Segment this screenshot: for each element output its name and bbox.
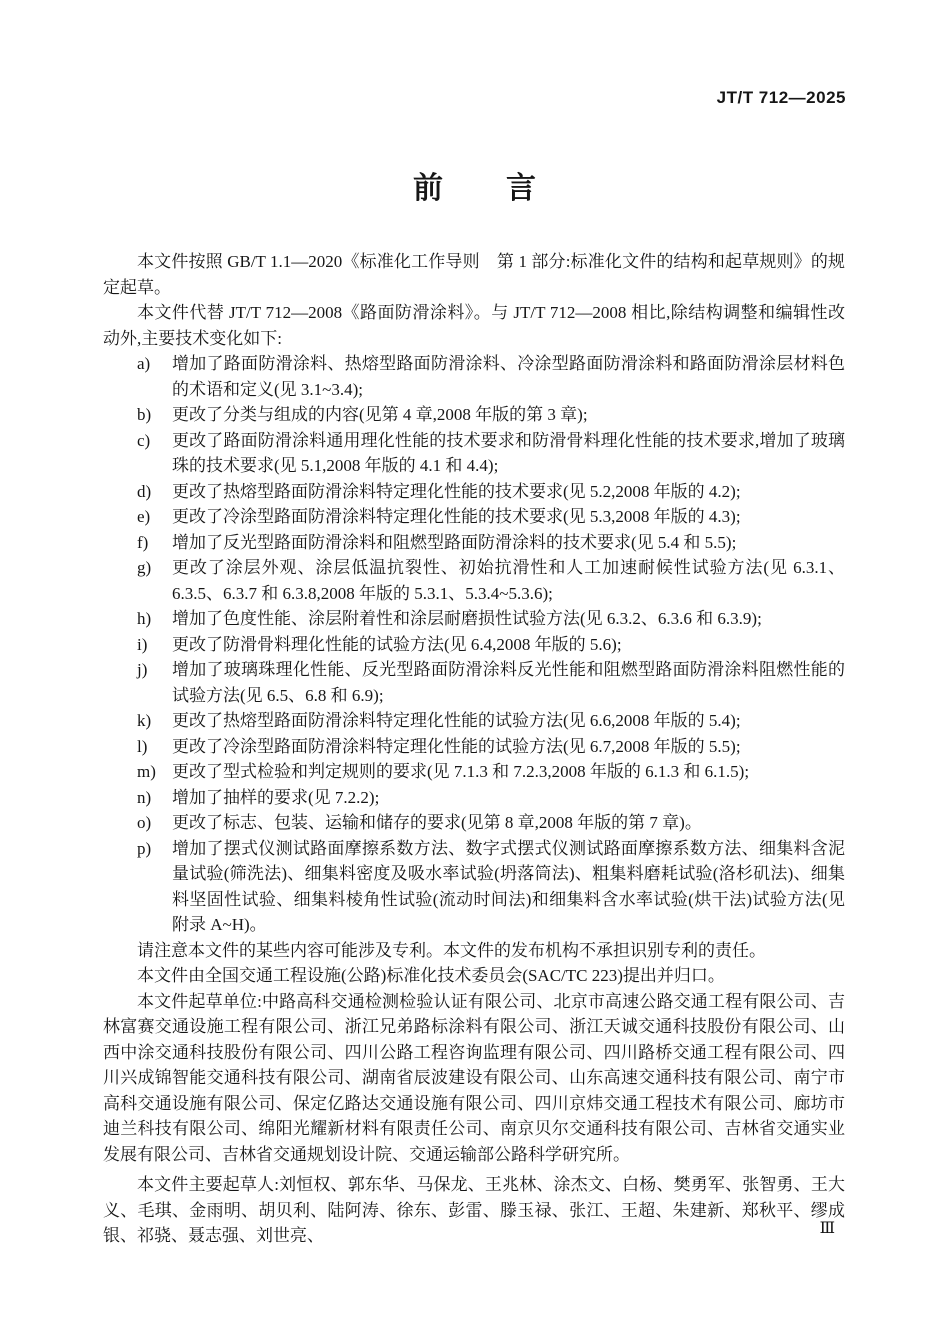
item-text: 更改了热熔型路面防滑涂料特定理化性能的技术要求(见 5.2,2008 年版的 4… [172,482,741,501]
item-label: i) [137,632,147,658]
item-text: 更改了冷涂型路面防滑涂料特定理化性能的技术要求(见 5.3,2008 年版的 4… [172,507,741,526]
change-item-b: b) 更改了分类与组成的内容(见第 4 章,2008 年版的第 3 章); [103,402,845,428]
drafting-organizations-paragraph: 本文件起草单位:中路高科交通检测检验认证有限公司、北京市高速公路交通工程有限公司… [103,989,845,1168]
item-label: h) [137,606,151,632]
change-item-g: g) 更改了涂层外观、涂层低温抗裂性、初始抗滑性和人工加速耐候性试验方法(见 6… [103,555,845,606]
change-item-c: c) 更改了路面防滑涂料通用理化性能的技术要求和防滑骨料理化性能的技术要求,增加… [103,428,845,479]
item-label: p) [137,836,151,862]
item-text: 更改了冷涂型路面防滑涂料特定理化性能的试验方法(见 6.7,2008 年版的 5… [172,737,741,756]
item-label: a) [137,351,150,377]
item-text: 更改了型式检验和判定规则的要求(见 7.1.3 和 7.2.3,2008 年版的… [172,762,749,781]
item-text: 增加了色度性能、涂层附着性和涂层耐磨损性试验方法(见 6.3.2、6.3.6 和… [172,609,762,628]
document-page: JT/T 712—2025 前 言 本文件按照 GB/T 1.1—2020《标准… [0,0,950,1344]
change-item-m: m) 更改了型式检验和判定规则的要求(见 7.1.3 和 7.2.3,2008 … [103,759,845,785]
change-item-j: j) 增加了玻璃珠理化性能、反光型路面防滑涂料反光性能和阻燃型路面防滑涂料阻燃性… [103,657,845,708]
change-item-f: f) 增加了反光型路面防滑涂料和阻燃型路面防滑涂料的技术要求(见 5.4 和 5… [103,530,845,556]
standard-number: JT/T 712—2025 [717,88,846,108]
drafters-paragraph: 本文件主要起草人:刘恒权、郭东华、马保龙、王兆林、涂杰文、白杨、樊勇军、张智勇、… [103,1172,845,1249]
change-item-e: e) 更改了冷涂型路面防滑涂料特定理化性能的技术要求(见 5.3,2008 年版… [103,504,845,530]
foreword-body: 本文件按照 GB/T 1.1—2020《标准化工作导则 第 1 部分:标准化文件… [103,249,845,1249]
item-text: 增加了抽样的要求(见 7.2.2); [172,788,379,807]
change-item-l: l) 更改了冷涂型路面防滑涂料特定理化性能的试验方法(见 6.7,2008 年版… [103,734,845,760]
item-text: 增加了玻璃珠理化性能、反光型路面防滑涂料反光性能和阻燃型路面防滑涂料阻燃性能的试… [172,660,845,705]
item-text: 增加了反光型路面防滑涂料和阻燃型路面防滑涂料的技术要求(见 5.4 和 5.5)… [172,533,736,552]
change-item-n: n) 增加了抽样的要求(见 7.2.2); [103,785,845,811]
intro-paragraph: 本文件代替 JT/T 712—2008《路面防滑涂料》。与 JT/T 712—2… [103,300,845,351]
change-item-k: k) 更改了热熔型路面防滑涂料特定理化性能的试验方法(见 6.6,2008 年版… [103,708,845,734]
change-item-o: o) 更改了标志、包装、运输和储存的要求(见第 8 章,2008 年版的第 7 … [103,810,845,836]
change-item-p: p) 增加了摆式仪测试路面摩擦系数方法、数字式摆式仪测试路面摩擦系数方法、细集料… [103,836,845,938]
committee-paragraph: 本文件由全国交通工程设施(公路)标准化技术委员会(SAC/TC 223)提出并归… [103,963,845,989]
item-label: k) [137,708,151,734]
item-text: 更改了防滑骨料理化性能的试验方法(见 6.4,2008 年版的 5.6); [172,635,622,654]
item-label: o) [137,810,151,836]
item-text: 更改了标志、包装、运输和储存的要求(见第 8 章,2008 年版的第 7 章)。 [172,813,702,832]
item-label: e) [137,504,150,530]
item-label: g) [137,555,151,581]
item-label: n) [137,785,151,811]
change-item-d: d) 更改了热熔型路面防滑涂料特定理化性能的技术要求(见 5.2,2008 年版… [103,479,845,505]
item-text: 增加了摆式仪测试路面摩擦系数方法、数字式摆式仪测试路面摩擦系数方法、细集料含泥量… [172,839,845,935]
item-text: 增加了路面防滑涂料、热熔型路面防滑涂料、冷涂型路面防滑涂料和路面防滑涂层材料色的… [172,354,845,399]
item-label: f) [137,530,148,556]
item-label: l) [137,734,147,760]
page-number: Ⅲ [820,1218,835,1238]
item-label: d) [137,479,151,505]
item-text: 更改了路面防滑涂料通用理化性能的技术要求和防滑骨料理化性能的技术要求,增加了玻璃… [172,431,845,476]
item-label: j) [137,657,147,683]
item-label: m) [137,759,156,785]
item-text: 更改了涂层外观、涂层低温抗裂性、初始抗滑性和人工加速耐候性试验方法(见 6.3.… [172,558,845,603]
item-label: c) [137,428,150,454]
patent-notice-paragraph: 请注意本文件的某些内容可能涉及专利。本文件的发布机构不承担识别专利的责任。 [103,938,845,964]
change-item-i: i) 更改了防滑骨料理化性能的试验方法(见 6.4,2008 年版的 5.6); [103,632,845,658]
page-title: 前 言 [0,163,950,207]
change-item-h: h) 增加了色度性能、涂层附着性和涂层耐磨损性试验方法(见 6.3.2、6.3.… [103,606,845,632]
item-text: 更改了分类与组成的内容(见第 4 章,2008 年版的第 3 章); [172,405,588,424]
item-text: 更改了热熔型路面防滑涂料特定理化性能的试验方法(见 6.6,2008 年版的 5… [172,711,741,730]
intro-paragraph: 本文件按照 GB/T 1.1—2020《标准化工作导则 第 1 部分:标准化文件… [103,249,845,300]
item-label: b) [137,402,151,428]
change-item-a: a) 增加了路面防滑涂料、热熔型路面防滑涂料、冷涂型路面防滑涂料和路面防滑涂层材… [103,351,845,402]
